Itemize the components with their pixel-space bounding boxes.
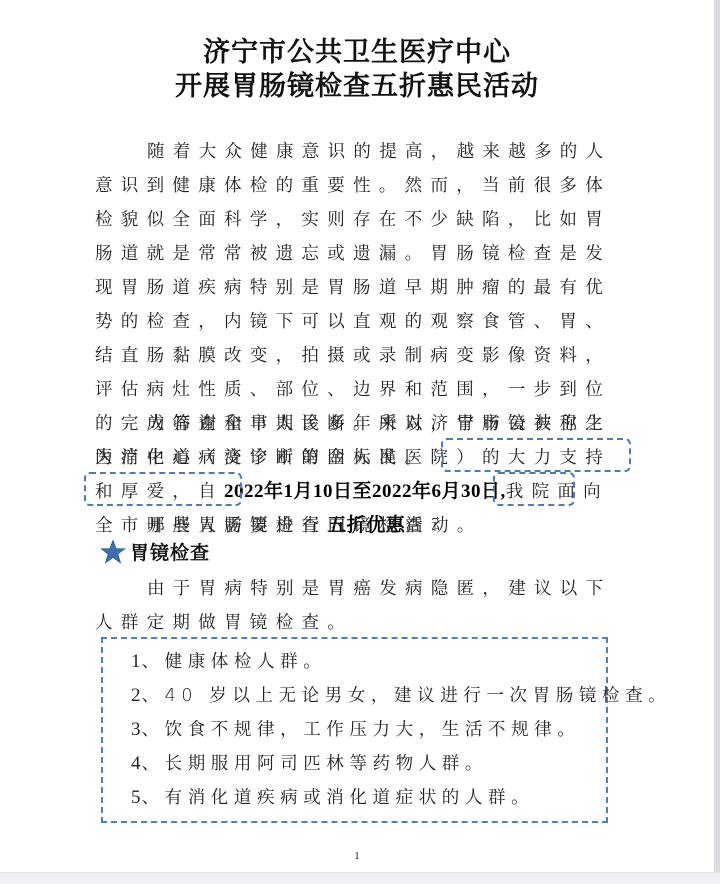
star-icon xyxy=(100,539,126,565)
page-number: 1 xyxy=(0,850,714,862)
promotion-end-date: 2022年6月30日, xyxy=(372,481,506,502)
list-item: 2、40 岁以上无论男女，建议进行一次胃肠镜检查。 xyxy=(131,679,671,713)
section-title: 胃镜检查 xyxy=(130,538,210,565)
recommended-groups-list: 1、健康体检人群。 2、40 岁以上无论男女，建议进行一次胃肠镜检查。 3、饮食… xyxy=(131,645,671,815)
highlight-frame-end-date xyxy=(84,472,242,506)
vertical-scrollbar[interactable] xyxy=(714,0,720,872)
section-heading-gastroscopy: 胃镜检查 xyxy=(100,538,210,565)
section-intro: 由于胃病特别是胃癌发病隐匿，建议以下人群定期做胃镜检查。 xyxy=(95,572,619,640)
list-item: 5、有消化道疾病或消化道症状的人群。 xyxy=(131,781,671,815)
section-intro-text: 由于胃病特别是胃癌发病隐匿，建议以下人群定期做胃镜检查。 xyxy=(95,572,619,640)
list-item: 4、长期服用阿司匹林等药物人群。 xyxy=(131,747,671,781)
document-page: 济宁市公共卫生医疗中心 开展胃肠镜检查五折惠民活动 随着大众健康意识的提高，越来… xyxy=(0,0,714,872)
list-item: 3、饮食不规律，工作压力大，生活不规律。 xyxy=(131,713,671,747)
highlight-frame-start-date xyxy=(441,438,631,472)
viewer-bottom-strip xyxy=(0,872,720,884)
highlight-frame-discount xyxy=(493,472,575,506)
list-item: 1、健康体检人群。 xyxy=(131,645,671,679)
promotion-start-date: 2022年1月10日至 xyxy=(224,481,372,502)
document-title-line2: 开展胃肠镜检查五折惠民活动 xyxy=(0,64,714,103)
